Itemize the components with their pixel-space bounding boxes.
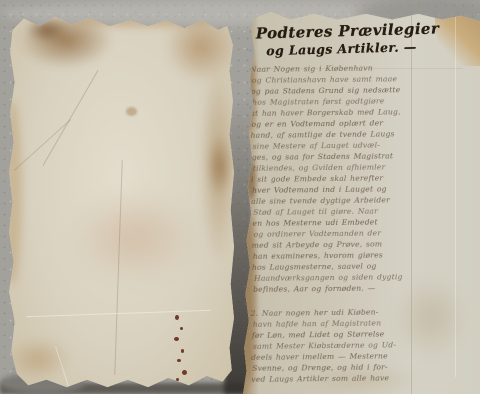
ink-spot: [175, 315, 179, 320]
ink-spot: [181, 349, 184, 353]
stain-center-pink: [70, 190, 198, 285]
ink-spot: [180, 327, 183, 330]
left-page: [8, 15, 234, 389]
handwritten-line: ved Laugs Artikler som alle have: [251, 372, 409, 385]
handwritten-paragraph-1: Naar Nogen sig i Kiøbenhavnog Christians…: [250, 62, 410, 295]
ink-spot: [182, 370, 187, 375]
crease-line: [43, 70, 99, 166]
ink-spot: [177, 359, 181, 362]
crease-line: [26, 310, 211, 317]
handwritten-paragraph-2: 2. Naar nogen her udi Kiøben-havn hafde …: [251, 306, 410, 385]
handwritten-line: befindes, Aar og fornøden. —: [253, 282, 410, 295]
ink-spot: [176, 378, 179, 381]
stain-right-blotch: [206, 135, 234, 197]
crease-line: [455, 16, 456, 377]
manuscript-photo: Podteres Prævilegier og Laugs Artikler. …: [0, 0, 480, 394]
ink-spot: [174, 337, 179, 341]
stain-small-spot: [126, 107, 137, 116]
document-title: Podteres Prævilegier og Laugs Artikler. …: [256, 19, 440, 58]
right-page: Podteres Prævilegier og Laugs Artikler. …: [243, 10, 480, 394]
